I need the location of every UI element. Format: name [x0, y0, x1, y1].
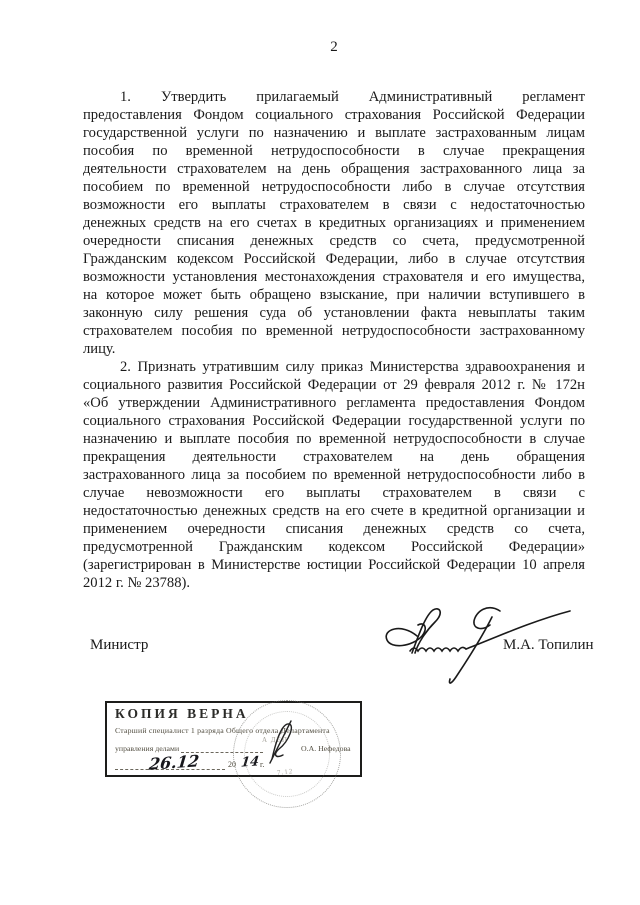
document-body: 1. Утвердить прилагаемый Административны…	[83, 88, 585, 592]
paragraph-1: 1. Утвердить прилагаемый Административны…	[83, 88, 585, 358]
text-line: предусмотренной Гражданским кодексом Рос…	[83, 538, 585, 556]
text-line: случае невозможности его выплаты страхов…	[83, 484, 585, 502]
text-line: пособия по временной нетрудоспособности …	[83, 142, 585, 160]
text-line: Гражданским кодексом Российской Федераци…	[83, 250, 585, 268]
text-line: социального страхования Российской Федер…	[83, 412, 585, 430]
paragraph-2: 2. Признать утратившим силу приказ Минис…	[83, 358, 585, 592]
text-line: социального развития Российской Федераци…	[83, 376, 585, 394]
text-line: очередности списания денежных средств со…	[83, 232, 585, 250]
page-number: 2	[83, 39, 585, 56]
document-page: 2 1. Утвердить прилагаемый Административ…	[0, 0, 640, 905]
text-line: застрахованного лица за пособием по врем…	[83, 466, 585, 484]
signer-title: Министр	[90, 637, 148, 654]
text-line: назначению и выплате пособия по временно…	[83, 430, 585, 448]
stamp-header: КОПИЯ ВЕРНА	[115, 706, 249, 722]
seal-text-fragment: А ДЕП	[262, 736, 288, 744]
text-line: недостаточностью денежных средств на его…	[83, 502, 585, 520]
text-line: деятельности страхователем на день обращ…	[83, 160, 585, 178]
text-line: возможности установления местонахождения…	[83, 268, 585, 286]
text-line: денежных средств на его счетах в кредитн…	[83, 214, 585, 232]
text-line: пособием по временной нетрудоспособности…	[83, 178, 585, 196]
text-line: государственной услуги по назначению и в…	[83, 124, 585, 142]
text-line: на которое может быть обращено взыскание…	[83, 286, 585, 304]
text-line: возможности его выплаты страхователем в …	[83, 196, 585, 214]
text-line: 2012 г. № 23788).	[83, 574, 585, 592]
signer-name: М.А. Топилин	[503, 637, 594, 654]
text-line: предоставления Фондом социального страхо…	[83, 106, 585, 124]
text-line: страхователем пособия по временной нетру…	[83, 322, 585, 340]
stamp-department-label: управления делами	[115, 744, 179, 753]
text-line: лицу.	[83, 340, 585, 358]
text-line: законную силу решения суда об установлен…	[83, 304, 585, 322]
text-line: прекращения деятельности страхователем н…	[83, 448, 585, 466]
text-line: 2. Признать утратившим силу приказ Минис…	[83, 358, 585, 376]
handwritten-day-month: 26.12	[148, 751, 200, 774]
text-line: (зарегистрирован в Министерстве юстиции …	[83, 556, 585, 574]
seal-text-fragment: 7.12	[277, 767, 294, 777]
text-line: применением очередности списания денежны…	[83, 520, 585, 538]
round-seal-inner-outline	[244, 711, 330, 797]
text-line: 1. Утвердить прилагаемый Административны…	[83, 88, 585, 106]
text-line: «Об утверждении Административного реглам…	[83, 394, 585, 412]
